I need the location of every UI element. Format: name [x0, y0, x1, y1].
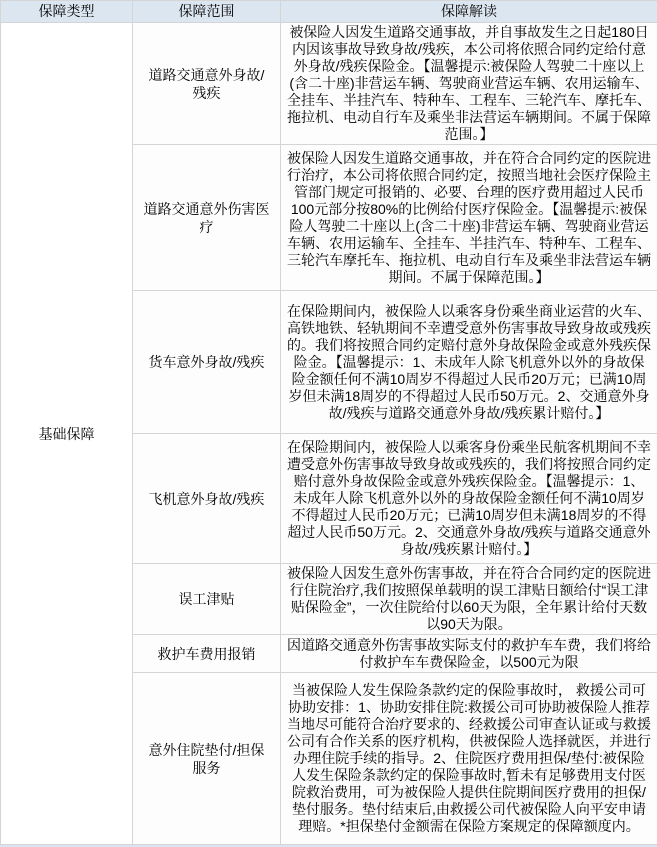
header-coverage-interpretation: 保障解读 [281, 1, 657, 23]
scope-cell: 误工津贴 [133, 564, 281, 635]
interpretation-cell: 被保险人因发生道路交通事故，并在符合合同约定的医院进行治疗，本公司将依照合同约定… [281, 145, 657, 291]
category-cell-basic-coverage: 基础保障 [1, 23, 133, 845]
interpretation-cell: 因道路交通意外伤害事故实际支付的救护车车费，我们将给付救护车车费保险金，以500… [281, 635, 657, 673]
coverage-table: 保障类型 保障范围 保障解读 基础保障 道路交通意外身故/残疾 被保险人因发生道… [0, 0, 657, 845]
interpretation-cell: 被保险人因发生意外伤害事故，并在符合合同约定的医院进行住院治疗,我们按照保单载明… [281, 564, 657, 635]
scope-cell: 意外住院垫付/担保服务 [133, 673, 281, 845]
header-coverage-scope: 保障范围 [133, 1, 281, 23]
scope-cell: 道路交通意外伤害医疗 [133, 145, 281, 291]
scope-cell: 货车意外身故/残疾 [133, 291, 281, 434]
interpretation-cell: 当被保险人发生保险条款约定的保险事故时， 救援公司可协助安排：1、协助安排住院:… [281, 673, 657, 845]
header-coverage-type: 保障类型 [1, 1, 133, 23]
scope-cell: 飞机意外身故/残疾 [133, 434, 281, 564]
scope-cell: 道路交通意外身故/残疾 [133, 23, 281, 145]
table-row: 基础保障 道路交通意外身故/残疾 被保险人因发生道路交通事故，并自事故发生之日起… [1, 23, 657, 145]
interpretation-cell: 在保险期间内，被保险人以乘客身份乘坐商业运营的火车、高铁地铁、轻轨期间不幸遭受意… [281, 291, 657, 434]
scope-cell: 救护车费用报销 [133, 635, 281, 673]
interpretation-cell: 被保险人因发生道路交通事故，并自事故发生之日起180日内因该事故导致身故/残疾，… [281, 23, 657, 145]
interpretation-cell: 在保险期间内，被保险人以乘客身份乘坐民航客机期间不幸遭受意外伤害事故导致身故或残… [281, 434, 657, 564]
table-header-row: 保障类型 保障范围 保障解读 [1, 1, 657, 23]
